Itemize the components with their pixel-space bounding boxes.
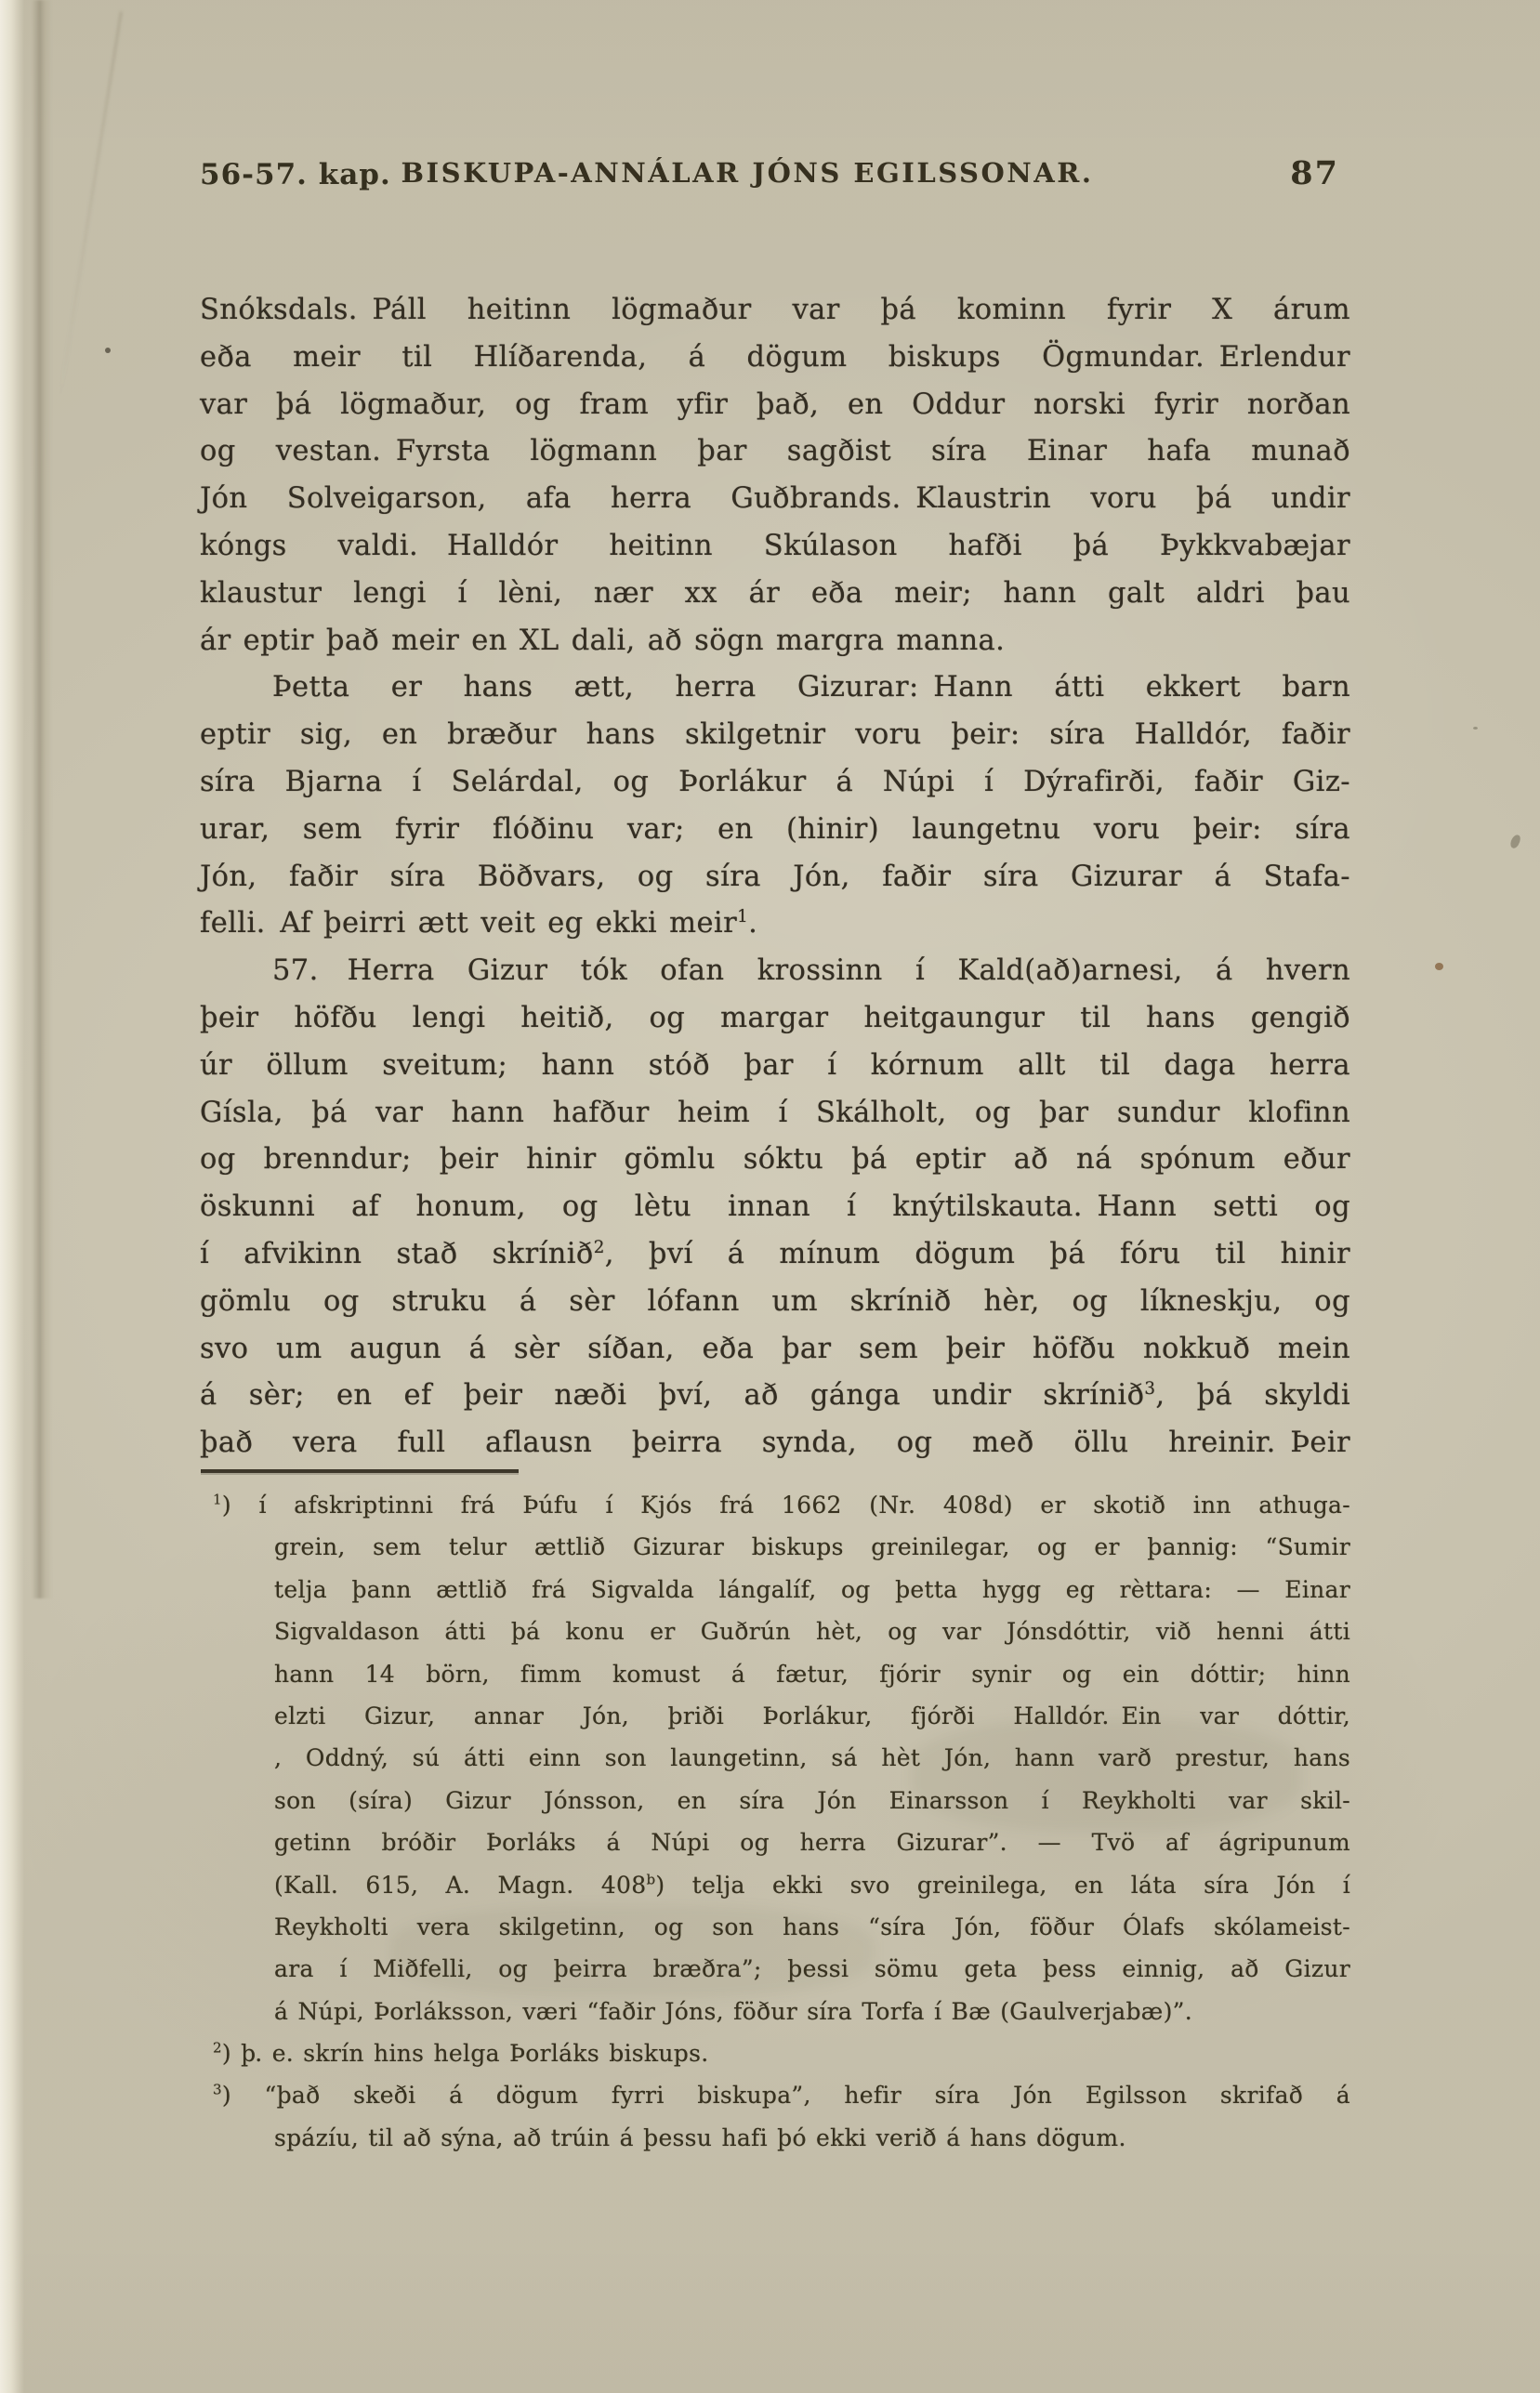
paper-stain — [1473, 727, 1478, 730]
text-line: það vera full aflausn þeirra synda, og m… — [200, 1420, 1350, 1467]
paper-stain — [1509, 834, 1521, 849]
footnote-line: 3) “það skeði á dögum fyrri biskupa”, he… — [200, 2074, 1350, 2116]
footnote-line: á Núpi, Þorláksson, væri “faðir Jóns, fö… — [200, 1991, 1350, 2032]
text-line: síra Bjarna í Selárdal, og Þorlákur á Nú… — [200, 759, 1350, 807]
text-line: Snóksdals. Páll heitinn lögmaður var þá … — [200, 287, 1350, 335]
paper-crease — [32, 0, 52, 1598]
book-page: 56-57. kap. BISKUPA-ANNÁLAR JÓNS EGILSSO… — [0, 0, 1540, 2393]
footnote-line: hann 14 börn, fimm komust á fætur, fjóri… — [200, 1653, 1350, 1695]
footnote-line: Sigvaldason átti þá konu er Guðrún hèt, … — [200, 1611, 1350, 1652]
footnote-line: grein, sem telur ættlið Gizurar biskups … — [200, 1526, 1350, 1568]
main-text-block: Snóksdals. Páll heitinn lögmaður var þá … — [200, 287, 1350, 1467]
text-line: þeir höfðu lengi heitið, og margar heitg… — [200, 995, 1350, 1043]
text-line: öskunni af honum, og lètu innan í knýtil… — [200, 1184, 1350, 1231]
ink-speck — [105, 348, 111, 353]
text-line: Jón Solveigarson, afa herra Guðbrands. K… — [200, 476, 1350, 523]
text-line: gömlu og struku á sèr lófann um skrínið … — [200, 1279, 1350, 1326]
text-line: í afvikinn stað skrínið2, því á mínum dö… — [200, 1231, 1350, 1279]
footnote-line: 1) í afskriptinni frá Þúfu í Kjós frá 16… — [200, 1484, 1350, 1526]
footnote-line: spázíu, til að sýna, að trúin á þessu ha… — [200, 2117, 1350, 2159]
footnote-line: ara í Miðfelli, og þeirra bræðra”; þessi… — [200, 1948, 1350, 1990]
text-line: á sèr; en ef þeir næði því, að gánga und… — [200, 1373, 1350, 1420]
footnote-separator-rule — [201, 1469, 519, 1473]
footnote-line: Reykholti vera skilgetinn, og son hans “… — [200, 1906, 1350, 1948]
page-header: 56-57. kap. BISKUPA-ANNÁLAR JÓNS EGILSSO… — [200, 154, 1350, 197]
footnote-line: telja þann ættlið frá Sigvalda lángalíf,… — [200, 1569, 1350, 1611]
text-line: eða meir til Hlíðarenda, á dögum biskups… — [200, 335, 1350, 382]
text-line: og vestan. Fyrsta lögmann þar sagðist sí… — [200, 428, 1350, 476]
page-gutter-edge — [0, 0, 24, 2393]
text-line: úr öllum sveitum; hann stóð þar í kórnum… — [200, 1043, 1350, 1090]
text-line: klaustur lengi í lèni, nær xx ár eða mei… — [200, 571, 1350, 618]
footnote-line: elzti Gizur, annar Jón, þriði Þorlákur, … — [200, 1695, 1350, 1737]
text-line: var þá lögmaður, og fram yfir það, en Od… — [200, 382, 1350, 429]
text-line: kóngs valdi. Halldór heitinn Skúlason ha… — [200, 523, 1350, 571]
text-line: eptir sig, en bræður hans skilgetnir vor… — [200, 712, 1350, 759]
running-title: BISKUPA-ANNÁLAR JÓNS EGILSSONAR. — [200, 157, 1295, 189]
text-line: Gísla, þá var hann hafður heim í Skálhol… — [200, 1090, 1350, 1137]
footnote-line: (Kall. 615, A. Magn. 408b) telja ekki sv… — [200, 1864, 1350, 1906]
footnote-line: getinn bróðir Þorláks á Núpi og herra Gi… — [200, 1821, 1350, 1863]
paper-crease-diagonal — [59, 11, 123, 397]
footnotes-block: 1) í afskriptinni frá Þúfu í Kjós frá 16… — [200, 1484, 1350, 2159]
paper-stain — [1435, 963, 1443, 970]
text-line: ár eptir það meir en XL dali, að sögn ma… — [200, 618, 1350, 665]
text-line: 57. Herra Gizur tók ofan krossinn í Kald… — [200, 948, 1350, 995]
footnote-line: 2) þ. e. skrín hins helga Þorláks biskup… — [200, 2032, 1350, 2074]
text-line: Þetta er hans ætt, herra Gizurar: Hann á… — [200, 664, 1350, 712]
page-number: 87 — [1290, 154, 1339, 192]
text-line: Jón, faðir síra Böðvars, og síra Jón, fa… — [200, 854, 1350, 901]
text-line: og brenndur; þeir hinir gömlu sóktu þá e… — [200, 1137, 1350, 1184]
text-line: felli. Af þeirri ætt veit eg ekki meir1. — [200, 901, 1350, 948]
footnote-line: son (síra) Gizur Jónsson, en síra Jón Ei… — [200, 1780, 1350, 1821]
text-line: svo um augun á sèr síðan, eða þar sem þe… — [200, 1326, 1350, 1374]
text-line: urar, sem fyrir flóðinu var; en (hinir) … — [200, 807, 1350, 854]
footnote-line: , Oddný, sú átti einn son laungetinn, sá… — [200, 1737, 1350, 1779]
